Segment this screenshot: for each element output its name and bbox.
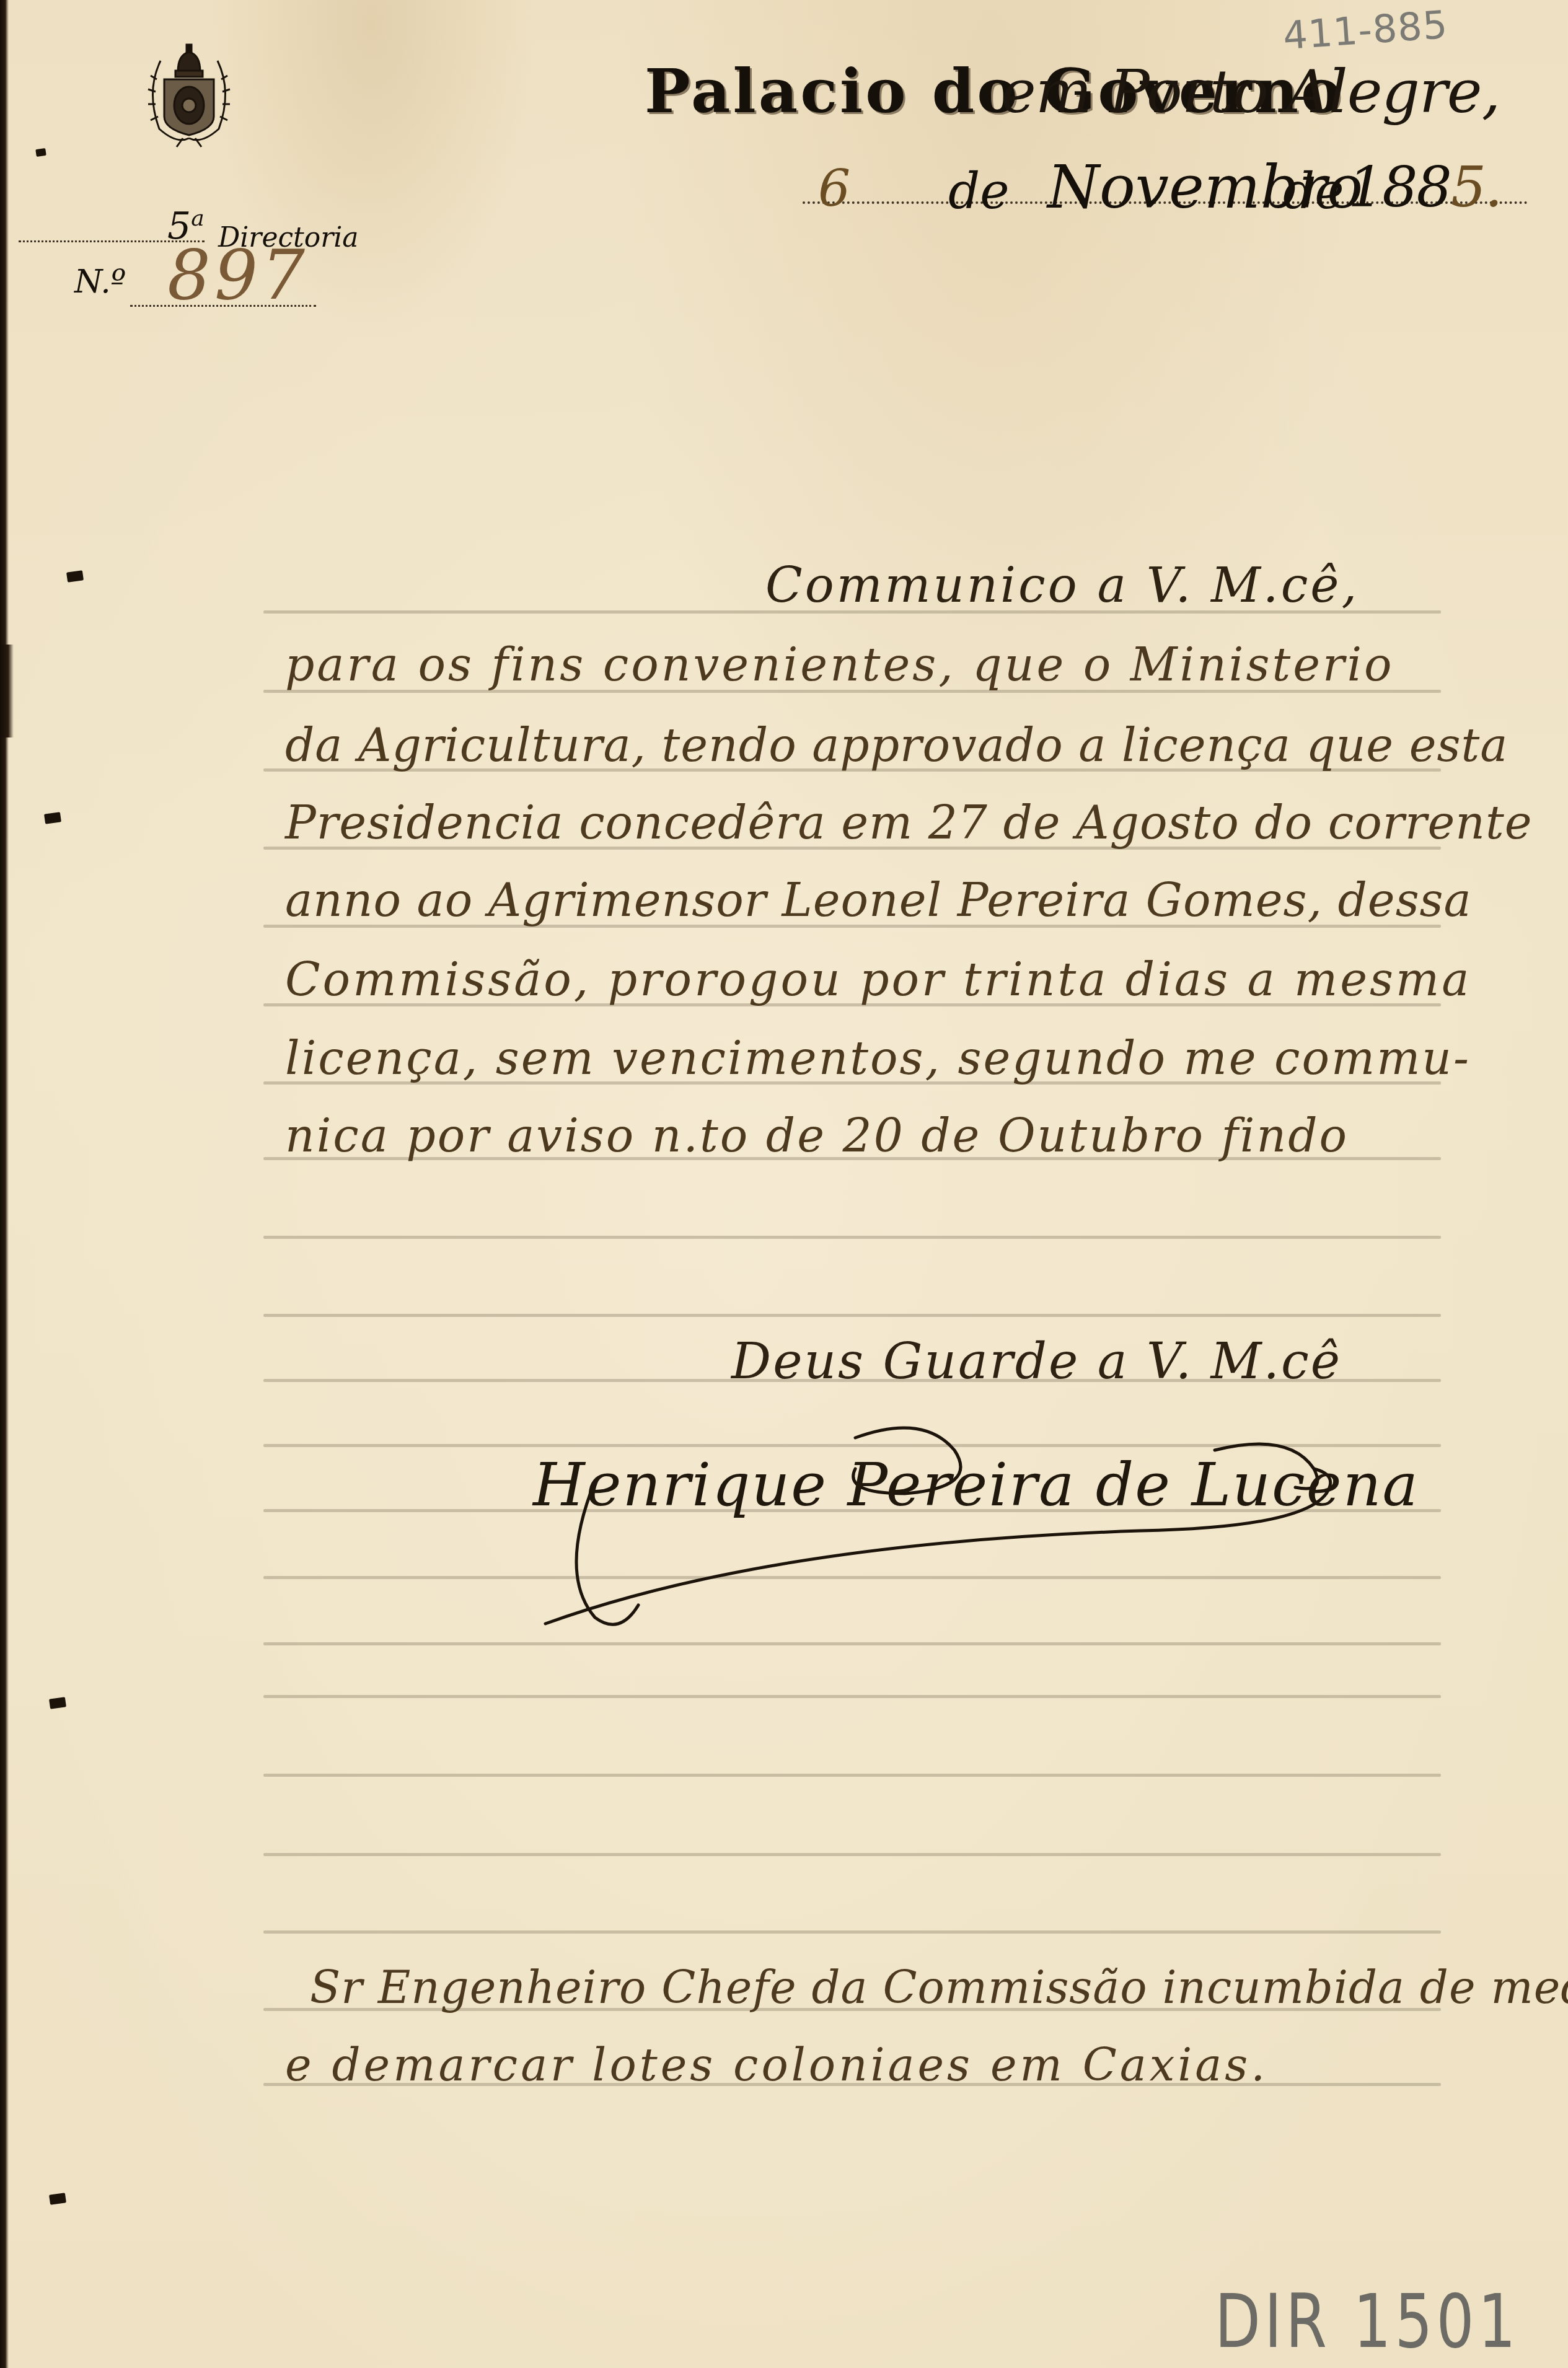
body-line-7: licença, sem vencimentos, segundo me com… — [285, 1032, 1471, 1085]
archive-pencil-mark-bottom: DIR 1501 — [1215, 2278, 1520, 2365]
number-label: N.º — [74, 263, 126, 301]
body-line-5: anno ao Agrimensor Leonel Pereira Gomes,… — [285, 874, 1472, 927]
city-prefix: em — [1001, 57, 1091, 126]
body-line-3: da Agricultura, tendo approvado a licenç… — [285, 719, 1508, 772]
date-day: 6 — [818, 160, 850, 219]
closing-salutation: Deus Guarde a V. M.cê — [731, 1332, 1342, 1390]
torn-left-edge-notch — [0, 645, 14, 737]
letterhead-city: em Porto Alegre, — [1001, 57, 1500, 126]
body-line-2: para os fins convenientes, que o Ministe… — [285, 638, 1394, 692]
document-number: 897 — [167, 235, 309, 315]
date-de: de — [948, 162, 1010, 220]
signature: Henrique Pereira de Lucena — [533, 1450, 1419, 1520]
date-year-handwritten: 5. — [1451, 155, 1502, 220]
body-line-8: nica por aviso n.to de 20 de Outubro fin… — [285, 1109, 1349, 1163]
torn-left-edge — [0, 0, 9, 2368]
body-line-6: Commissão, prorogou por trinta dias a me… — [285, 953, 1471, 1006]
addressee-line-1: Sr Engenheiro Chefe da Commissão incumbi… — [310, 1961, 1568, 2014]
city-name: Porto Alegre, — [1109, 57, 1500, 126]
punch-hole — [35, 148, 46, 157]
body-line-4: Presidencia concedêra em 27 de Agosto do… — [285, 796, 1532, 850]
date-de: de — [1283, 162, 1344, 220]
body-line-1: Communico a V. M.cê, — [765, 558, 1359, 614]
addressee-line-2: e demarcar lotes coloniaes em Caxias. — [285, 2039, 1268, 2091]
date-year: 1885. — [1348, 155, 1502, 220]
imperial-crest-icon — [121, 36, 257, 147]
date-year-printed: 188 — [1348, 155, 1451, 220]
